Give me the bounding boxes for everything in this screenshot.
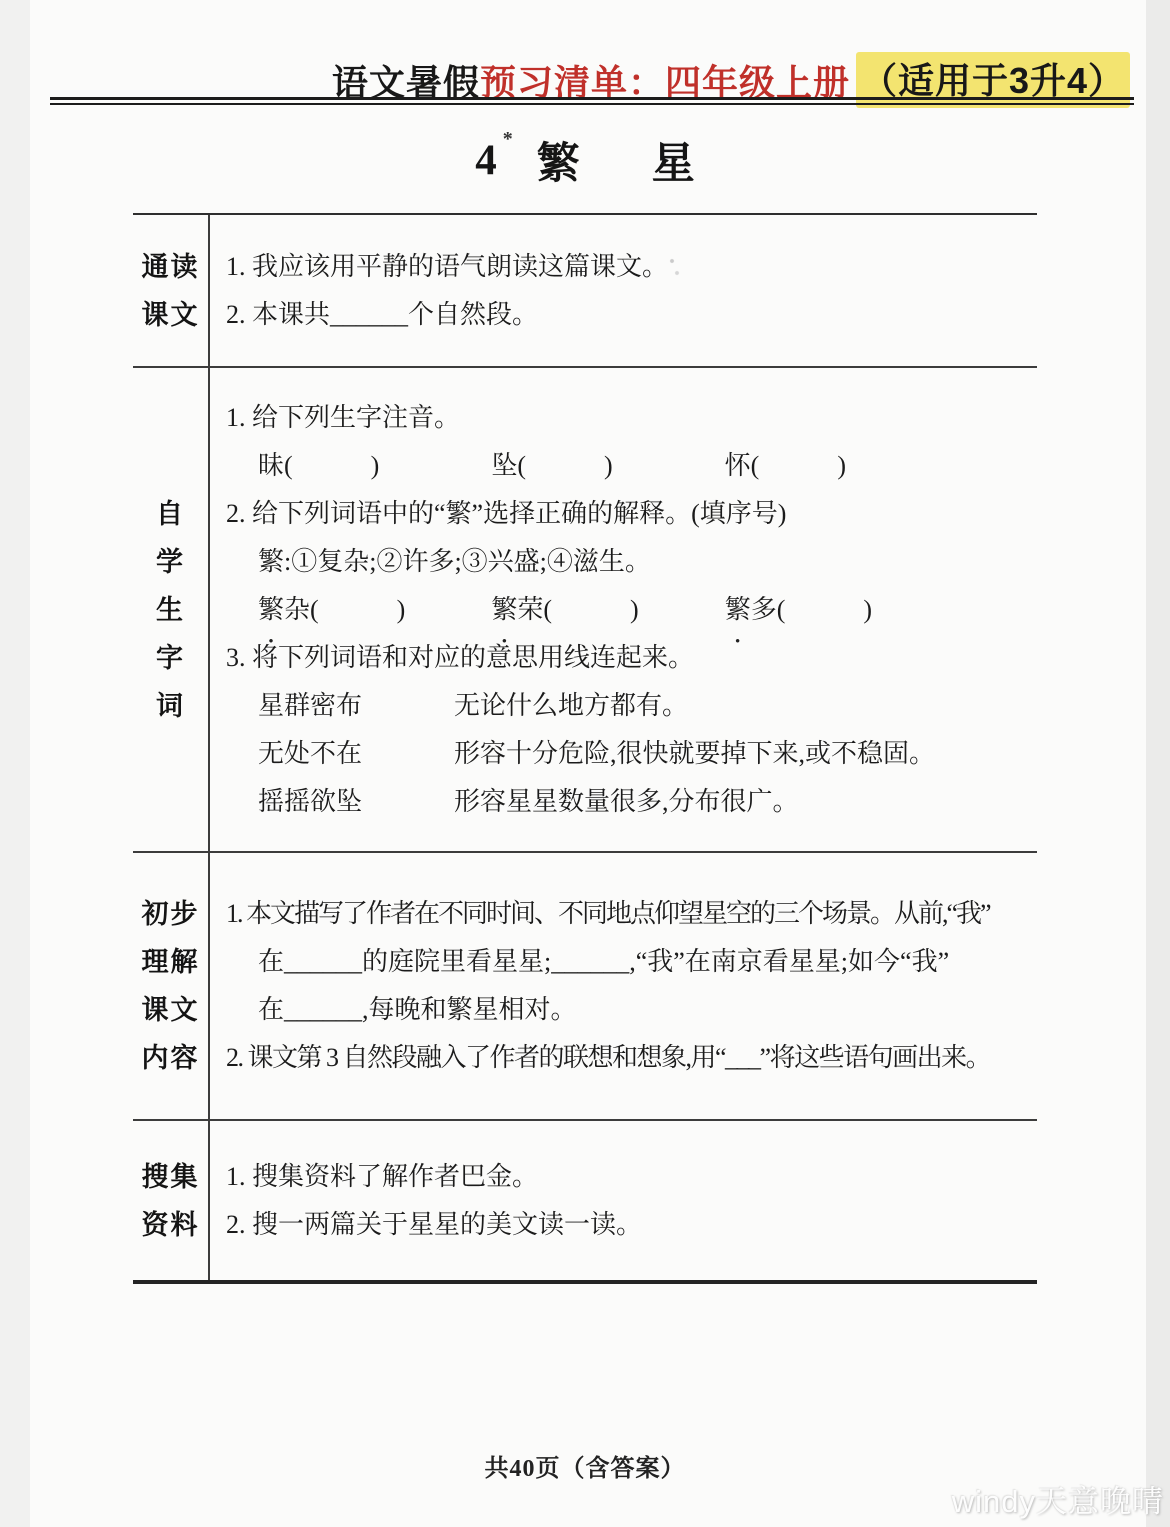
section-read-through: 通读 课文 1. 我应该用平静的语气朗读这篇课文。 2. 本课共______个自… [133, 215, 1037, 368]
label-line: 字 [156, 634, 185, 682]
lesson-title-char1: 繁 [537, 130, 580, 191]
label-line: 资料 [142, 1201, 200, 1249]
label-line: 通读 [142, 243, 200, 291]
pinyin-item: 坠( ) [491, 442, 612, 490]
emphasized-char: 繁 [491, 586, 517, 634]
section-label-read-through: 通读 课文 [133, 215, 208, 366]
section-label-collect: 搜集 资料 [133, 1121, 208, 1280]
task-line: 3. 将下列词语和对应的意思用线连起来。 [226, 634, 1035, 682]
label-line: 学 [156, 538, 185, 586]
task-text: 在______,每晚和繁星相对。 [258, 995, 577, 1024]
match-row: 无处不在 形容十分危险,很快就要掉下来,或不稳固。 [226, 730, 1035, 778]
watermark: windy天意晚晴 [952, 1476, 1164, 1521]
task-text: 1. 我应该用平静的语气朗读这篇课文。 [226, 252, 668, 281]
section-label-self-study: 自 学 生 字 词 [133, 368, 208, 851]
task-text: 1. 本文描写了作者在不同时间、不同地点仰望星空的三个场景。从前,“我” [226, 899, 990, 928]
word-choice-row: 繁杂( ) 繁荣( ) 繁多( ) [226, 586, 1035, 634]
task-text: 在______的庭院里看星星;______,“我”在南京看星星;如今“我” [258, 947, 949, 976]
match-row: 摇摇欲坠 形容星星数量很多,分布很广。 [226, 778, 1035, 826]
section-self-study-words: 自 学 生 字 词 1. 给下列生字注音。 昧( ) 坠( ) 怀( ) 2. … [133, 368, 1037, 853]
pinyin-blank-row: 昧( ) 坠( ) 怀( ) [226, 442, 1035, 490]
label-line: 内容 [142, 1034, 200, 1082]
word-tail: 杂( ) [284, 595, 405, 624]
task-line: 1. 我应该用平静的语气朗读这篇课文。 [226, 243, 1035, 291]
erased-text-smudge [668, 256, 682, 282]
match-meaning: 形容十分危险,很快就要掉下来,或不稳固。 [454, 730, 1035, 778]
task-line: 2. 本课共______个自然段。 [226, 291, 1035, 339]
task-line: 2. 课文第 3 自然段融入了作者的联想和想象,用“___”将这些语句画出来。 [226, 1034, 1035, 1082]
label-line: 生 [156, 586, 185, 634]
task-text: 2. 给下列词语中的“繁”选择正确的解释。(填序号) [226, 499, 786, 528]
word-tail: 荣( ) [517, 595, 638, 624]
section-label-comprehension: 初步 理解 课文 内容 [133, 853, 208, 1119]
section-content-collect: 1. 搜集资料了解作者巴金。 2. 搜一两篇关于星星的美文读一读。 [208, 1121, 1037, 1280]
label-line: 课文 [142, 291, 200, 339]
word-tail: 多( ) [751, 595, 872, 624]
task-text: 1. 搜集资料了解作者巴金。 [226, 1162, 538, 1191]
lesson-title-char2: 星 [652, 130, 695, 191]
word-item: 繁杂( ) [258, 586, 405, 634]
pinyin-item: 昧( ) [258, 442, 379, 490]
match-row: 星群密布 无论什么地方都有。 [226, 682, 1035, 730]
task-line: 1. 本文描写了作者在不同时间、不同地点仰望星空的三个场景。从前,“我” [226, 890, 1035, 938]
section-content-read-through: 1. 我应该用平静的语气朗读这篇课文。 2. 本课共______个自然段。 [208, 215, 1037, 366]
page-edge-left [0, 0, 30, 1527]
match-meaning: 无论什么地方都有。 [454, 682, 1035, 730]
task-line: 2. 搜一两篇关于星星的美文读一读。 [226, 1201, 1035, 1249]
lesson-star-mark: * [503, 128, 513, 151]
task-text: 1. 给下列生字注音。 [226, 403, 460, 432]
label-line: 理解 [142, 938, 200, 986]
word-item: 繁荣( ) [491, 586, 638, 634]
word-item: 繁多( ) [725, 586, 872, 634]
label-line: 词 [156, 682, 185, 730]
match-meaning: 形容星星数量很多,分布很广。 [454, 778, 1035, 826]
label-line: 自 [156, 490, 185, 538]
task-line: 1. 给下列生字注音。 [226, 394, 1035, 442]
definitions-text: 繁:①复杂;②许多;③兴盛;④滋生。 [258, 547, 651, 576]
task-line: 1. 搜集资料了解作者巴金。 [226, 1153, 1035, 1201]
page-count-text: 共40页（含答案） [485, 1456, 686, 1482]
label-line: 初步 [142, 890, 200, 938]
task-line: 在______的庭院里看星星;______,“我”在南京看星星;如今“我” [226, 938, 1035, 986]
pinyin-item: 怀( ) [725, 442, 846, 490]
match-word: 摇摇欲坠 [258, 778, 454, 826]
lesson-title: 4* 繁 星 [0, 132, 1170, 188]
task-text: 2. 搜一两篇关于星星的美文读一读。 [226, 1210, 642, 1239]
section-collect-materials: 搜集 资料 1. 搜集资料了解作者巴金。 2. 搜一两篇关于星星的美文读一读。 [133, 1121, 1037, 1280]
section-content-comprehension: 1. 本文描写了作者在不同时间、不同地点仰望星空的三个场景。从前,“我” 在__… [208, 853, 1037, 1119]
task-text: 2. 本课共______个自然段。 [226, 300, 538, 329]
task-line: 2. 给下列词语中的“繁”选择正确的解释。(填序号) [226, 490, 1035, 538]
header-divider-rule [50, 97, 1134, 105]
page-edge-right [1146, 0, 1170, 1527]
label-line: 搜集 [142, 1153, 200, 1201]
task-text: 2. 课文第 3 自然段融入了作者的联想和想象,用“___”将这些语句画出来。 [226, 1043, 990, 1072]
task-line: 在______,每晚和繁星相对。 [226, 986, 1035, 1034]
lesson-number: 4* [475, 136, 497, 185]
worksheet-table: 通读 课文 1. 我应该用平静的语气朗读这篇课文。 2. 本课共______个自… [133, 213, 1037, 1284]
label-line: 课文 [142, 986, 200, 1034]
emphasized-char: 繁 [725, 586, 751, 634]
definitions-line: 繁:①复杂;②许多;③兴盛;④滋生。 [226, 538, 1035, 586]
match-word: 星群密布 [258, 682, 454, 730]
match-word: 无处不在 [258, 730, 454, 778]
section-content-self-study: 1. 给下列生字注音。 昧( ) 坠( ) 怀( ) 2. 给下列词语中的“繁”… [208, 368, 1037, 851]
emphasized-char: 繁 [258, 586, 284, 634]
section-comprehension: 初步 理解 课文 内容 1. 本文描写了作者在不同时间、不同地点仰望星空的三个场… [133, 853, 1037, 1121]
task-text: 3. 将下列词语和对应的意思用线连起来。 [226, 643, 694, 672]
